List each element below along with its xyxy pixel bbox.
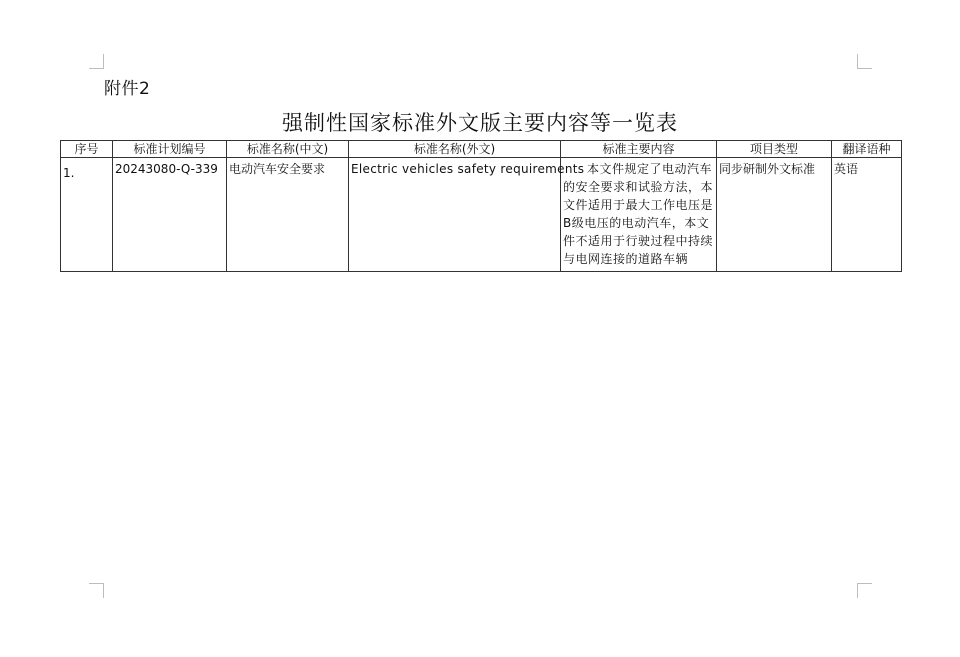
table-header-row: 序号 标准计划编号 标准名称(中文) 标准名称(外文) 标准主要内容 项目类型 … — [61, 141, 902, 158]
crop-mark-top-left — [89, 54, 104, 69]
cell-project-type: 同步研制外文标准 — [717, 158, 832, 272]
cell-plan-number: 20243080-Q-339 — [113, 158, 227, 272]
header-seq: 序号 — [61, 141, 113, 158]
header-name-cn: 标准名称(中文) — [227, 141, 349, 158]
document-title: 强制性国家标准外文版主要内容等一览表 — [0, 107, 960, 137]
header-plan-number: 标准计划编号 — [113, 141, 227, 158]
attachment-label: 附件2 — [104, 74, 150, 99]
header-main-content: 标准主要内容 — [561, 141, 717, 158]
crop-mark-bottom-left — [89, 583, 104, 598]
header-project-type: 项目类型 — [717, 141, 832, 158]
cell-name-cn: 电动汽车安全要求 — [227, 158, 349, 272]
header-name-foreign: 标准名称(外文) — [349, 141, 561, 158]
cell-name-foreign: Electric vehicles safety requirements — [349, 158, 561, 272]
cell-language: 英语 — [832, 158, 902, 272]
header-language: 翻译语种 — [832, 141, 902, 158]
table-row: 1. 20243080-Q-339 电动汽车安全要求 Electric vehi… — [61, 158, 902, 272]
crop-mark-bottom-right — [857, 583, 872, 598]
standards-table: 序号 标准计划编号 标准名称(中文) 标准名称(外文) 标准主要内容 项目类型 … — [60, 140, 902, 272]
crop-mark-top-right — [857, 54, 872, 69]
cell-seq: 1. — [61, 158, 113, 272]
